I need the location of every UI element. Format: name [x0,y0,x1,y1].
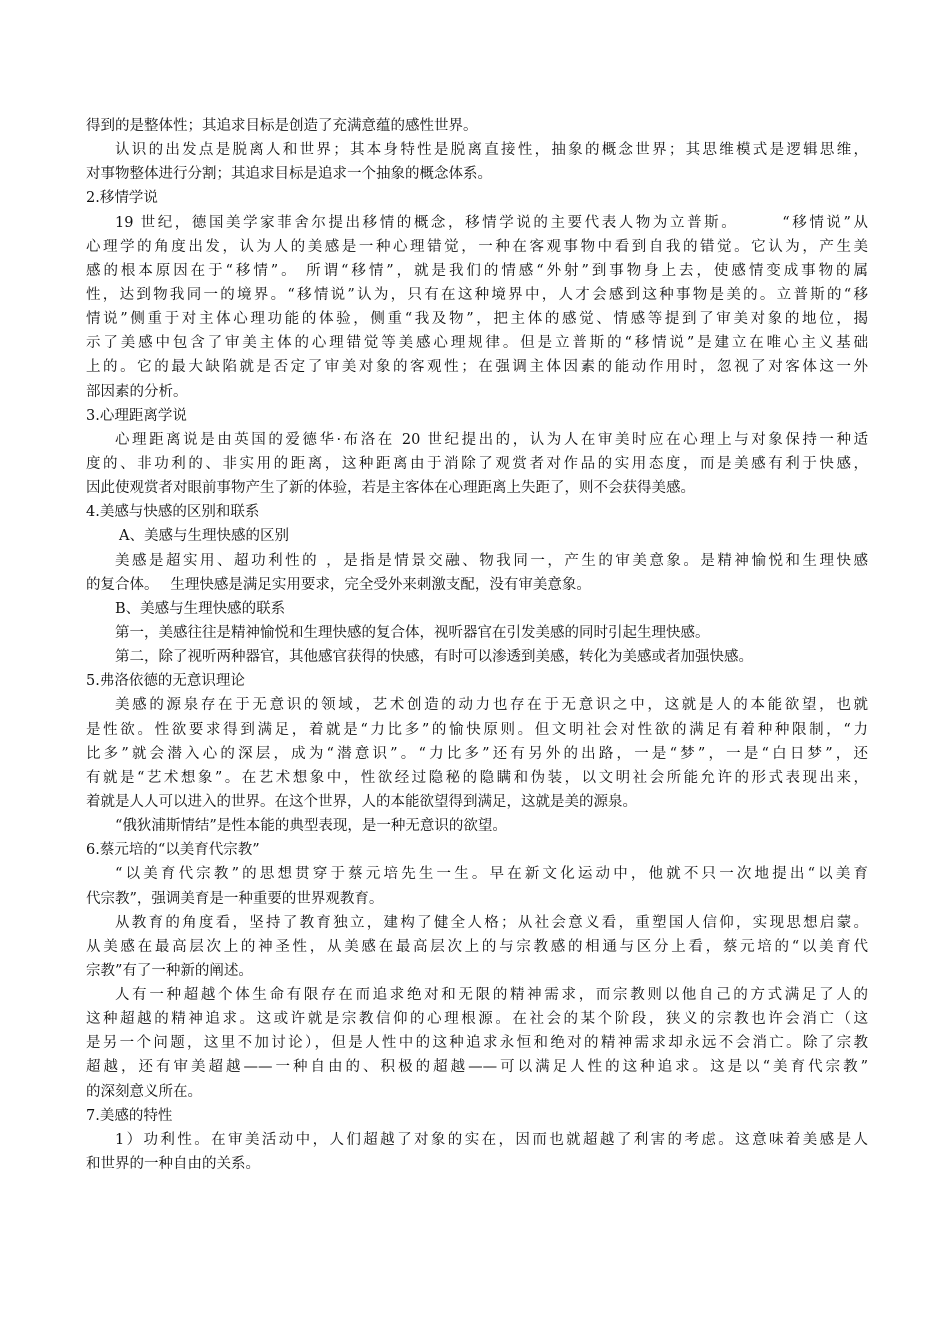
text-line: 情说”侧重于对主体心理功能的体验，侧重“我及物”，把主体的感觉、情感等提到了审美… [86,307,868,331]
text-line: 得到的是整体性；其追求目标是创造了充满意蕴的感性世界。 [86,114,868,138]
section-heading: 2.移情学说 [86,186,868,210]
text-line: 心理距离说是由英国的爱德华·布洛在 20 世纪提出的，认为人在审美时应在心理上与… [86,428,868,452]
text-line: 和世界的一种自由的关系。 [86,1152,868,1176]
text-line: 从美感在最高层次上的神圣性，从美感在最高层次上的与宗教感的相通与区分上看，蔡元培… [86,935,868,959]
text-line: 美感是超实用、超功利性的 ，是指是情景交融、物我同一，产生的审美意象。是精神愉悦… [86,549,868,573]
text-line: 宗教”有了一种新的阐述。 [86,959,868,983]
text-line: 第二，除了视听两种器官，其他感官获得的快感，有时可以渗透到美感，转化为美感或者加… [86,645,868,669]
text-line: 心理学的角度出发，认为人的美感是一种心理错觉，一种在客观事物中看到自我的错觉。它… [86,235,868,259]
text-line: 部因素的分析。 [86,380,868,404]
text-line: 对事物整体进行分割；其追求目标是追求一个抽象的概念体系。 [86,162,868,186]
text-line: 超越，还有审美超越——一种自由的、积极的超越——可以满足人性的这种追求。这是以“… [86,1055,868,1079]
text-line: 是性欲。性欲要求得到满足，着就是“力比多”的愉快原则。但文明社会对性欲的满足有着… [86,718,868,742]
text-line: 从教育的角度看，坚持了教育独立，建构了健全人格；从社会意义看，重塑国人信仰，实现… [86,911,868,935]
section-heading: 3.心理距离学说 [86,404,868,428]
section-heading: 5.弗洛依德的无意识理论 [86,669,868,693]
text-line: 这种超越的精神追求。这或许就是宗教信仰的心理根源。在社会的某个阶段，狭义的宗教也… [86,1007,868,1031]
text-line: 的复合体。 生理快感是满足实用要求，完全受外来刺激支配，没有审美意象。 [86,573,868,597]
text-line: 代宗教”，强调美育是一种重要的世界观教育。 [86,887,868,911]
text-line: “以美育代宗教”的思想贯穿于蔡元培先生一生。早在新文化运动中，他就不只一次地提出… [86,862,868,886]
text-line: 着就是人人可以进入的世界。在这个世界，人的本能欲望得到满足，这就是美的源泉。 [86,790,868,814]
text-line: A、美感与生理快感的区别 [86,524,868,548]
section-heading: 7.美感的特性 [86,1104,868,1128]
section-heading: 4.美感与快感的区别和联系 [86,500,868,524]
text-line: 有就是“艺术想象”。在艺术想象中，性欲经过隐秘的隐瞒和伪装，以文明社会所能允许的… [86,766,868,790]
text-line: 感的根本原因在于“移情”。 所谓“移情”，就是我们的情感“外射”到事物身上去，使… [86,259,868,283]
document-page: 得到的是整体性；其追求目标是创造了充满意蕴的感性世界。认识的出发点是脱离人和世界… [86,114,868,1176]
text-line: 1）功利性。在审美活动中，人们超越了对象的实在，因而也就超越了利害的考虑。这意味… [86,1128,868,1152]
text-line: 的深刻意义所在。 [86,1080,868,1104]
text-line: 认识的出发点是脱离人和世界；其本身特性是脱离直接性，抽象的概念世界；其思维模式是… [86,138,868,162]
text-line: 美感的源泉存在于无意识的领域，艺术创造的动力也存在于无意识之中，这就是人的本能欲… [86,693,868,717]
text-line: 是另一个问题，这里不加讨论），但是人性中的这种追求永恒和绝对的精神需求却永远不会… [86,1031,868,1055]
text-line: 比多”就会潜入心的深层，成为“潜意识”。“力比多”还有另外的出路，一是“梦”，一… [86,742,868,766]
text-line: 因此使观赏者对眼前事物产生了新的体验，若是主客体在心理距离上失距了，则不会获得美… [86,476,868,500]
text-line: B、美感与生理快感的联系 [86,597,868,621]
section-heading: 6.蔡元培的“以美育代宗教” [86,838,868,862]
text-line: 第一，美感往往是精神愉悦和生理快感的复合体，视听器官在引发美感的同时引起生理快感… [86,621,868,645]
text-line: 示了美感中包含了审美主体的心理错觉等美感心理规律。但是立普斯的“移情说”是建立在… [86,331,868,355]
text-line: “俄狄浦斯情结”是性本能的典型表现，是一种无意识的欲望。 [86,814,868,838]
text-line: 度的、非功利的、非实用的距离，这种距离由于消除了观赏者对作品的实用态度，而是美感… [86,452,868,476]
text-line: 人有一种超越个体生命有限存在而追求绝对和无限的精神需求，而宗教则以他自己的方式满… [86,983,868,1007]
text-line: 上的。它的最大缺陷就是否定了审美对象的客观性；在强调主体因素的能动作用时，忽视了… [86,355,868,379]
text-line: 19 世纪，德国美学家菲舍尔提出移情的概念，移情学说的主要代表人物为立普斯。 “… [86,211,868,235]
text-line: 性，达到物我同一的境界。“移情说”认为，只有在这种境界中，人才会感到这种事物是美… [86,283,868,307]
